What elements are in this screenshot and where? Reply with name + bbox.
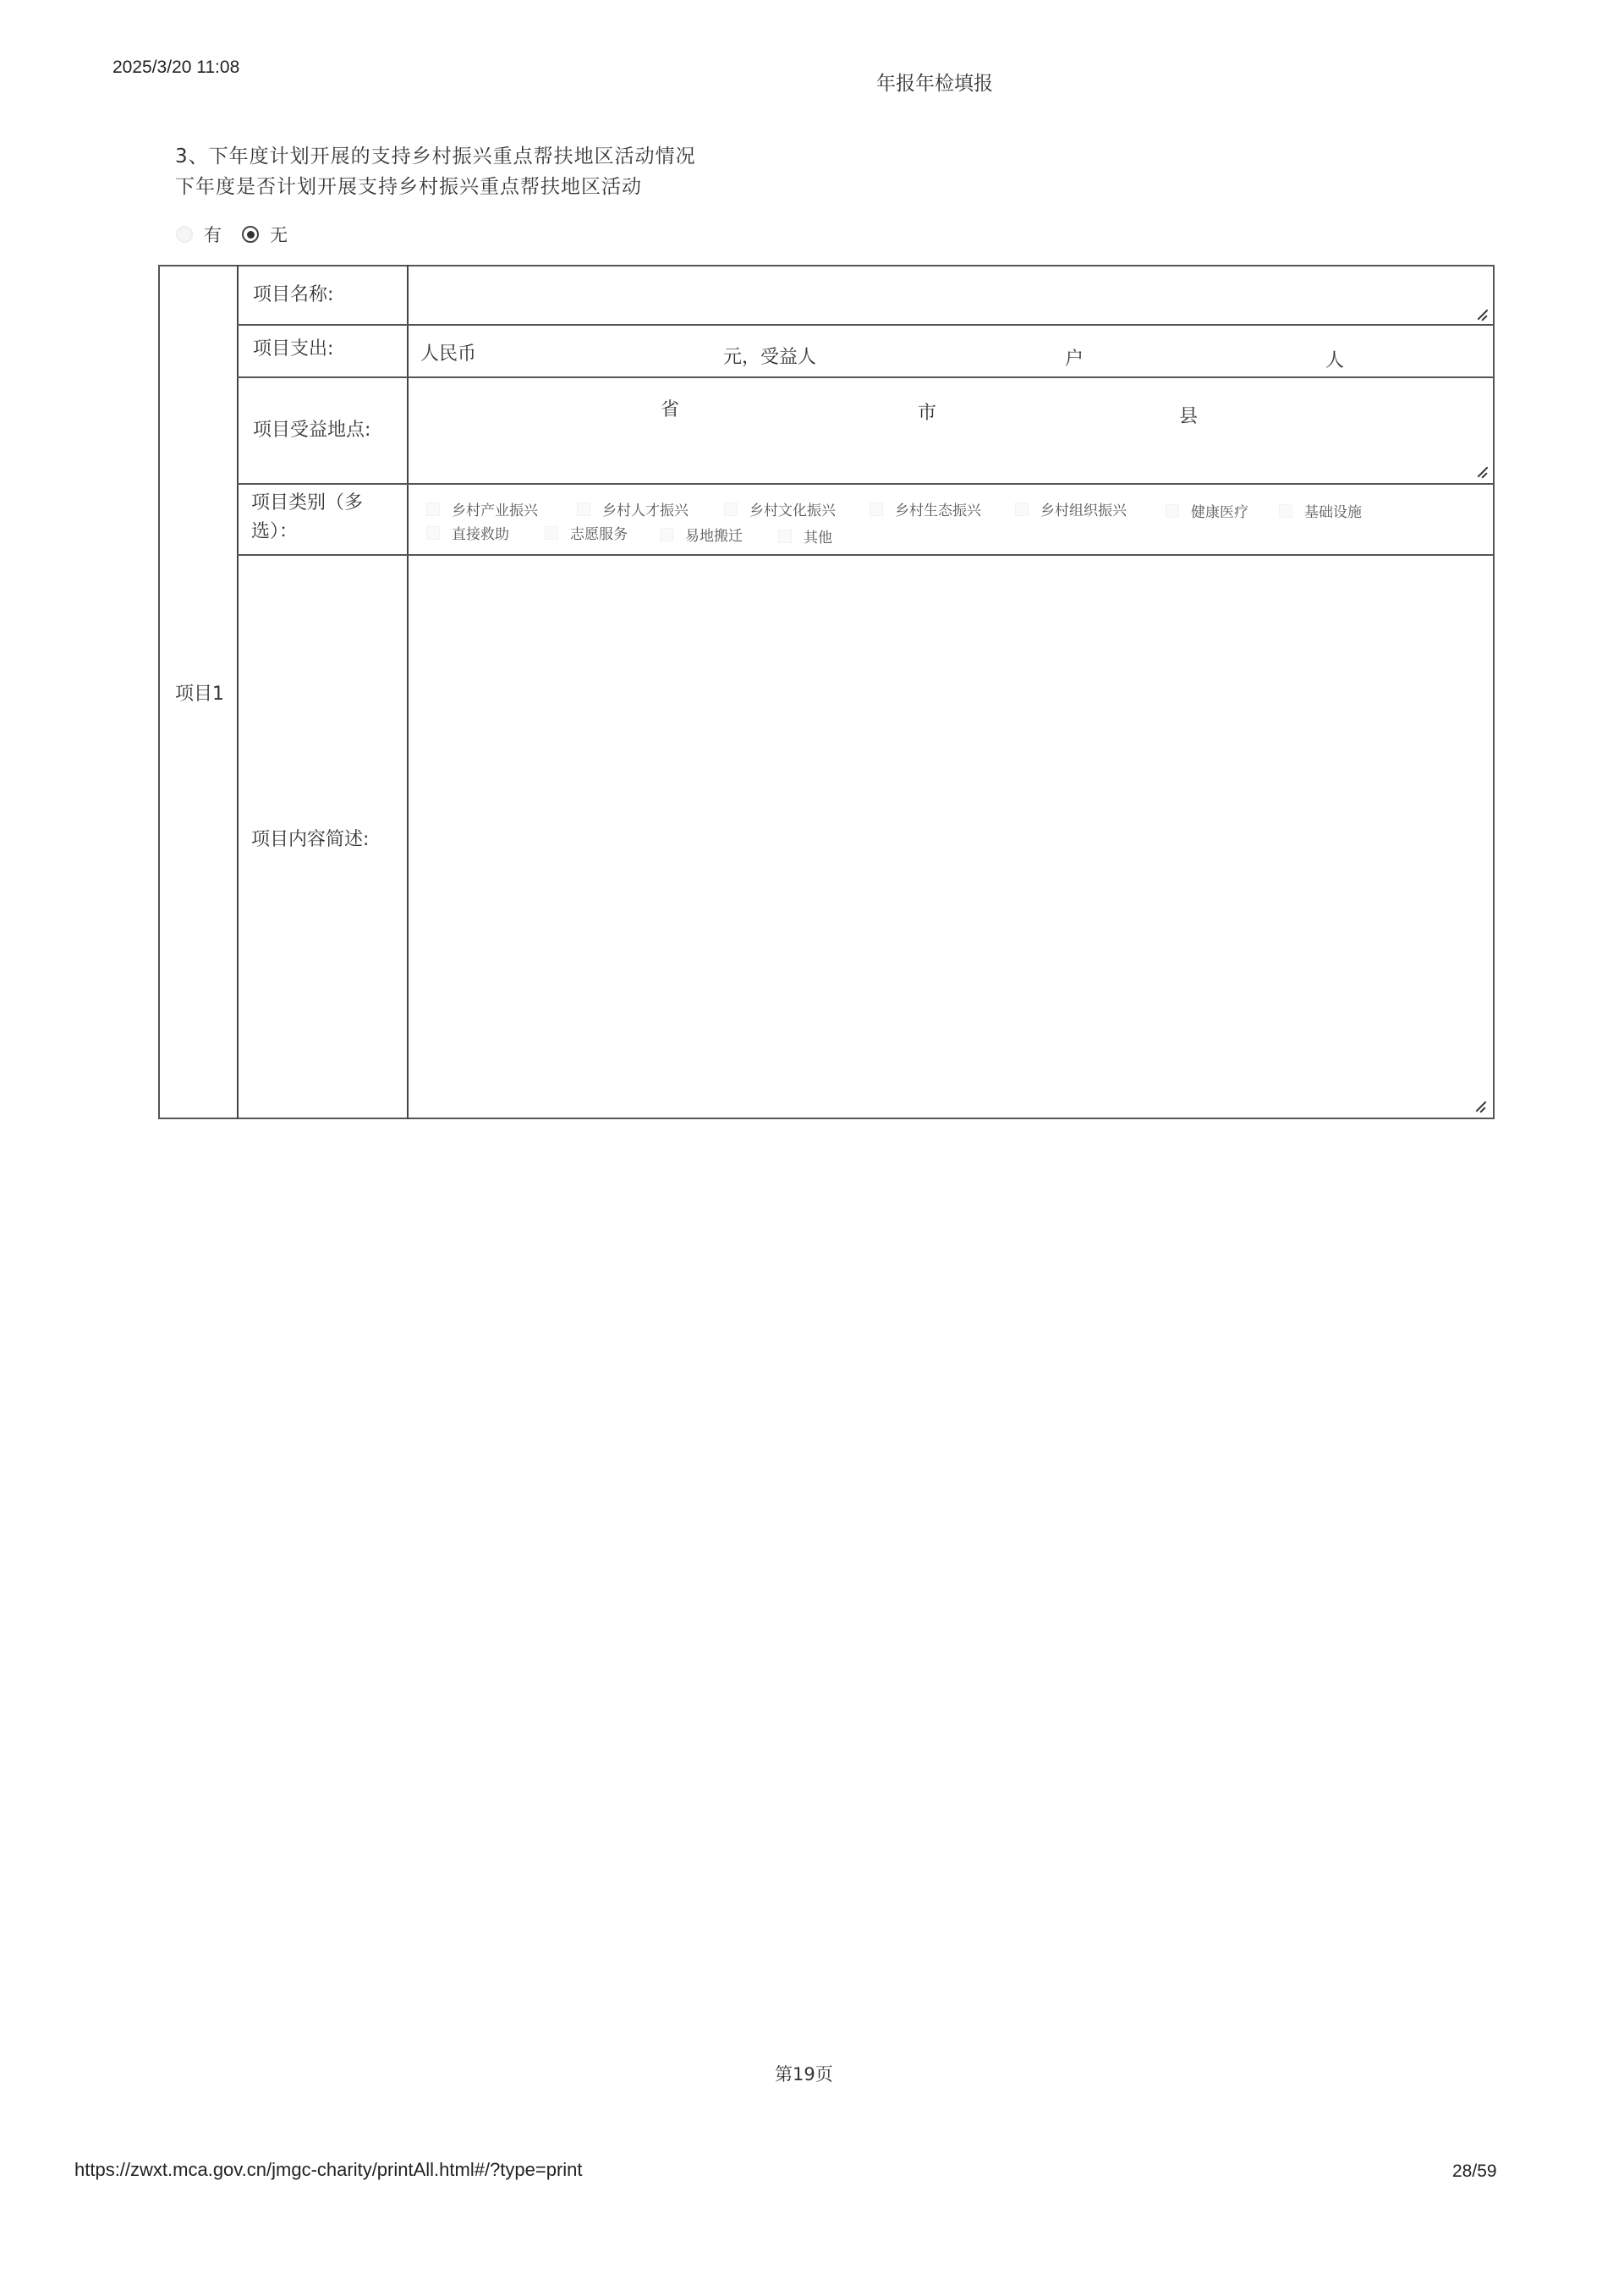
category-checkbox[interactable]: 乡村组织振兴: [1015, 498, 1127, 519]
row-divider: [237, 554, 1493, 556]
print-url: https://zwxt.mca.gov.cn/jmgc-charity/pri…: [74, 2159, 583, 2181]
project-category-label-line2: 选）：: [251, 517, 298, 547]
province-unit: 省: [661, 395, 679, 421]
province-input[interactable]: [414, 385, 650, 422]
category-checkbox[interactable]: 直接救助: [426, 522, 509, 543]
category-checkbox[interactable]: 乡村产业振兴: [426, 498, 538, 519]
section-question: 下年度是否计划开展支持乡村振兴重点帮扶地区活动: [175, 171, 642, 199]
checkbox-icon[interactable]: [426, 526, 440, 540]
category-checkbox[interactable]: 其他: [778, 525, 832, 547]
radio-label-no: 无: [270, 222, 288, 247]
checkbox-icon[interactable]: [870, 503, 883, 516]
checkbox-icon[interactable]: [1166, 504, 1179, 518]
print-page-count: 28/59: [1452, 2161, 1497, 2182]
category-checkbox[interactable]: 易地搬迁: [660, 524, 743, 545]
project-location-label: 项目受益地点:: [253, 415, 370, 446]
row-divider: [237, 324, 1493, 326]
yuan-beneficiary-label: 元，受益人: [723, 343, 816, 369]
print-timestamp: 2025/3/20 11:08: [112, 58, 239, 78]
project-table: 项目1 项目名称: 项目支出: 人民币 元，受益人 户 人 项目受益地点: 省 …: [158, 265, 1495, 1119]
project-expense-label: 项目支出:: [253, 334, 333, 365]
project-category-label-line1: 项目类别（多: [251, 488, 363, 519]
checkbox-icon[interactable]: [724, 503, 738, 516]
county-unit: 县: [1179, 402, 1198, 428]
currency-label: 人民币: [420, 339, 476, 365]
document-title: 年报年检填报: [876, 68, 993, 96]
row-divider: [237, 376, 1493, 378]
people-unit: 人: [1325, 346, 1344, 372]
page-number: 第19页: [775, 2061, 833, 2086]
resize-handle-icon[interactable]: [1474, 1101, 1486, 1112]
radio-label-yes: 有: [204, 222, 222, 247]
households-unit: 户: [1065, 344, 1084, 371]
checkbox-icon[interactable]: [1279, 504, 1292, 518]
project-description-textarea[interactable]: [410, 559, 1490, 1114]
category-checkbox[interactable]: 乡村人才振兴: [577, 498, 689, 519]
checkbox-icon[interactable]: [577, 503, 590, 516]
radio-option-no[interactable]: 无: [242, 222, 288, 247]
location-detail-textarea[interactable]: [410, 429, 1490, 481]
plan-radio-group: 有 无: [176, 222, 288, 247]
radio-unchecked-icon[interactable]: [176, 226, 193, 243]
category-checkbox[interactable]: 健康医疗: [1166, 500, 1248, 521]
city-input[interactable]: [693, 385, 913, 422]
expense-amount-input[interactable]: [490, 329, 718, 371]
resize-handle-icon[interactable]: [1476, 309, 1488, 321]
checkbox-icon[interactable]: [545, 526, 558, 540]
section-heading: 3、下年度计划开展的支持乡村振兴重点帮扶地区活动情况: [175, 140, 696, 168]
county-input[interactable]: [951, 385, 1171, 422]
column-divider: [237, 265, 239, 1119]
checkbox-icon[interactable]: [1015, 503, 1029, 516]
city-unit: 市: [918, 398, 936, 425]
checkbox-icon[interactable]: [778, 530, 792, 543]
resize-handle-icon[interactable]: [1476, 466, 1488, 478]
row-divider: [237, 483, 1493, 485]
project-name-textarea[interactable]: [410, 270, 1490, 322]
households-input[interactable]: [837, 329, 1056, 371]
project-name-label: 项目名称:: [253, 280, 333, 310]
category-checkbox[interactable]: 乡村生态振兴: [870, 498, 981, 519]
category-checkbox[interactable]: 志愿服务: [545, 522, 628, 543]
project-description-label: 项目内容简述:: [251, 825, 369, 855]
radio-option-yes[interactable]: 有: [176, 222, 222, 247]
checkbox-icon[interactable]: [426, 503, 440, 516]
category-checkbox[interactable]: 基础设施: [1279, 500, 1362, 521]
people-input[interactable]: [1099, 329, 1319, 371]
checkbox-icon[interactable]: [660, 528, 673, 541]
column-divider: [407, 265, 409, 1119]
project-item-label: 项目1: [175, 679, 224, 706]
radio-checked-icon[interactable]: [242, 226, 259, 243]
category-checkbox[interactable]: 乡村文化振兴: [724, 498, 836, 519]
